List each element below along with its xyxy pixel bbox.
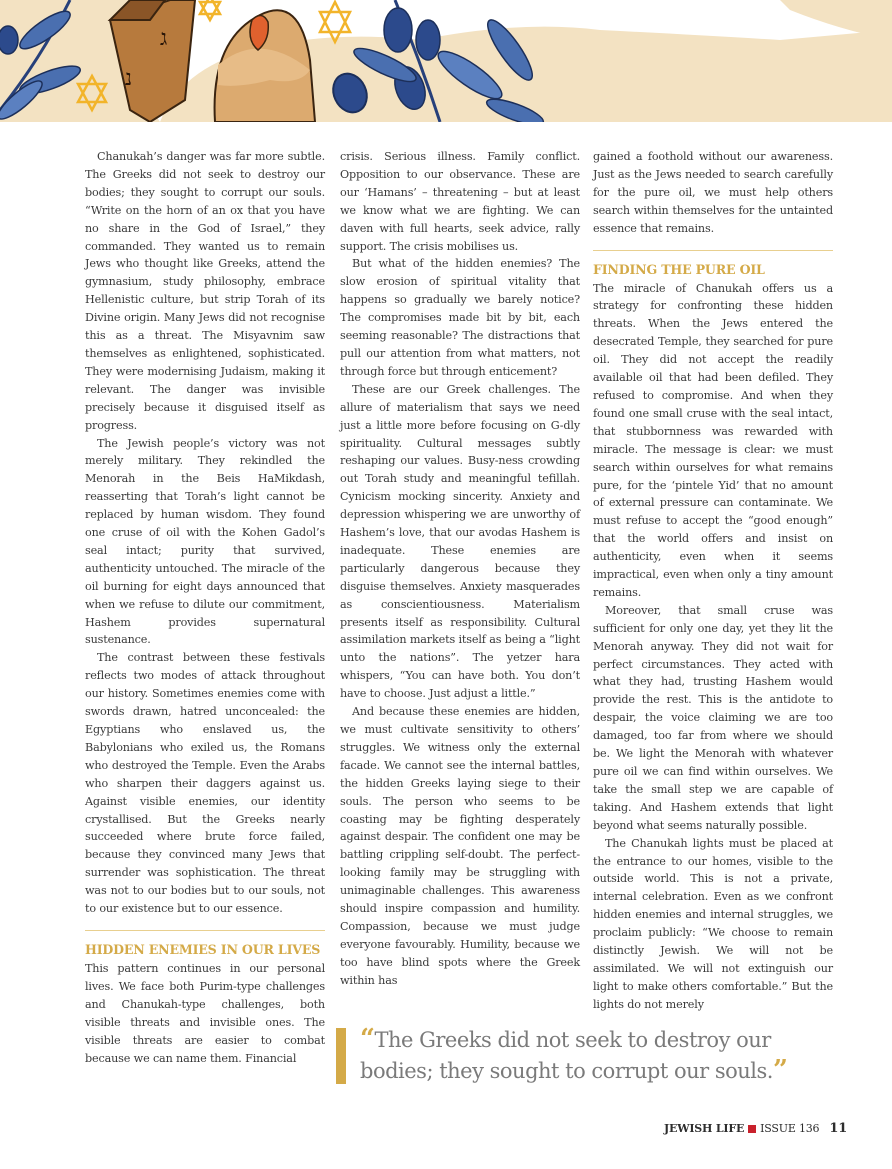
pull-quote: “The Greeks did not seek to destroy our … — [336, 1024, 836, 1088]
paragraph: crisis. Serious illness. Family conflict… — [340, 148, 580, 255]
pull-quote-line-1: “The Greeks did not seek to destroy our — [360, 1024, 787, 1055]
paragraph: The contrast between these festivals ref… — [85, 649, 325, 918]
svg-text:ג: ג — [160, 26, 167, 51]
section-divider — [85, 930, 325, 931]
paragraph: The Chanukah lights must be placed at th… — [593, 835, 833, 1014]
article-column-1: Chanukah’s danger was far more subtle. T… — [85, 148, 325, 1067]
publication-name: JEWISH LIFE — [664, 1122, 744, 1135]
article-column-3: gained a foothold without our awareness.… — [593, 148, 833, 1014]
page-footer: JEWISH LIFE ISSUE 136 11 — [664, 1121, 847, 1136]
paragraph: gained a foothold without our awareness.… — [593, 148, 833, 238]
paragraph: These are our Greek challenges. The allu… — [340, 381, 580, 703]
paragraph: The Jewish people’s victory was not mere… — [85, 435, 325, 650]
paragraph: The miracle of Chanukah offers us a stra… — [593, 280, 833, 602]
page-number: 11 — [829, 1121, 847, 1136]
paragraph: And because these enemies are hidden, we… — [340, 703, 580, 990]
square-bullet-icon — [748, 1125, 756, 1133]
paragraph: But what of the hidden enemies? The slow… — [340, 255, 580, 380]
star-of-david-icon — [200, 0, 220, 20]
paragraph: Chanukah’s danger was far more subtle. T… — [85, 148, 325, 435]
issue-number: ISSUE 136 — [760, 1122, 819, 1135]
section-divider — [593, 250, 833, 251]
pull-quote-line-2: bodies; they sought to corrupt our souls… — [360, 1055, 787, 1086]
header-illustration: ג נ — [0, 0, 892, 122]
section-heading: HIDDEN ENEMIES IN OUR LIVES — [85, 941, 325, 959]
star-of-david-icon — [320, 2, 350, 42]
paragraph: This pattern continues in our personal l… — [85, 960, 325, 1067]
donut-icon — [215, 10, 315, 122]
svg-text:נ: נ — [125, 66, 132, 91]
section-heading: FINDING THE PURE OIL — [593, 261, 833, 279]
quote-accent-bar — [336, 1028, 346, 1084]
paragraph: Moreover, that small cruse was sufficien… — [593, 602, 833, 835]
article-column-2: crisis. Serious illness. Family conflict… — [340, 148, 580, 990]
close-quote-icon: ” — [773, 1055, 787, 1085]
open-quote-icon: “ — [360, 1024, 374, 1054]
